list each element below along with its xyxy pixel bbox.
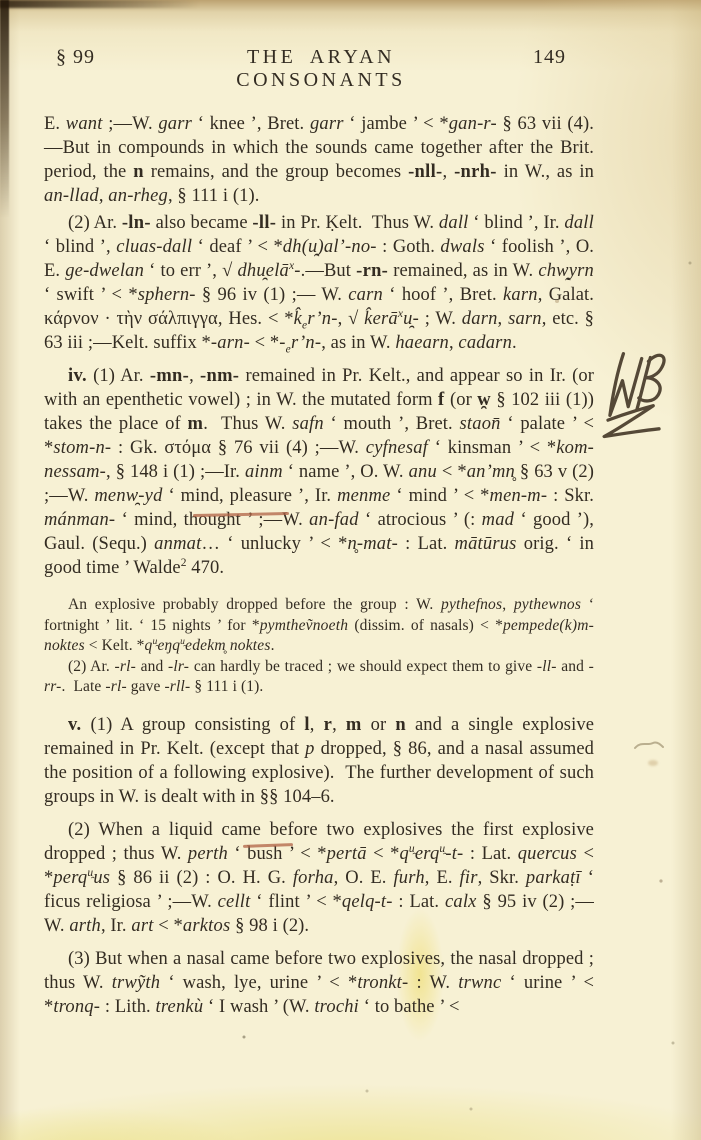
small-print-note-2: (2) Ar. -rl- and -lr- can hardly be trac… [44, 657, 594, 698]
paragraph-v-1: v. (1) A group consisting of l, r, m or … [44, 713, 594, 809]
page-edge-shadow-top [0, 0, 200, 8]
paper-speckles [0, 0, 2, 2]
wb-monogram-handwriting [596, 346, 672, 450]
paragraph-v-2: (2) When a liquid came before two explos… [44, 818, 594, 938]
pen-squiggle-mark [632, 738, 666, 754]
paragraph-iii-2: (2) Ar. -ln- also became -ll- in Pr. Ḳel… [44, 211, 594, 355]
running-header: § 99 THE ARYAN CONSONANTS 149 [44, 46, 594, 92]
page-number: 149 [476, 46, 584, 69]
page-edge-shadow-left [0, 0, 9, 218]
paragraph-iv-1: iv. (1) Ar. -mn-, -nm- remained in Pr. K… [44, 364, 594, 580]
paragraph-continuation: E. want ;—W. garr ‘ knee ’, Bret. garr ‘… [44, 112, 594, 208]
paragraph-v-3: (3) But when a nasal came before two exp… [44, 947, 594, 1019]
section-number: § 99 [56, 46, 166, 69]
paper-stain-dot [648, 760, 658, 766]
text-block: § 99 THE ARYAN CONSONANTS 149 E. want ;—… [44, 46, 594, 1019]
page: § 99 THE ARYAN CONSONANTS 149 E. want ;—… [0, 0, 701, 1140]
page-title: THE ARYAN CONSONANTS [166, 46, 476, 92]
small-print-note-1: An explosive probably dropped before the… [44, 595, 594, 657]
